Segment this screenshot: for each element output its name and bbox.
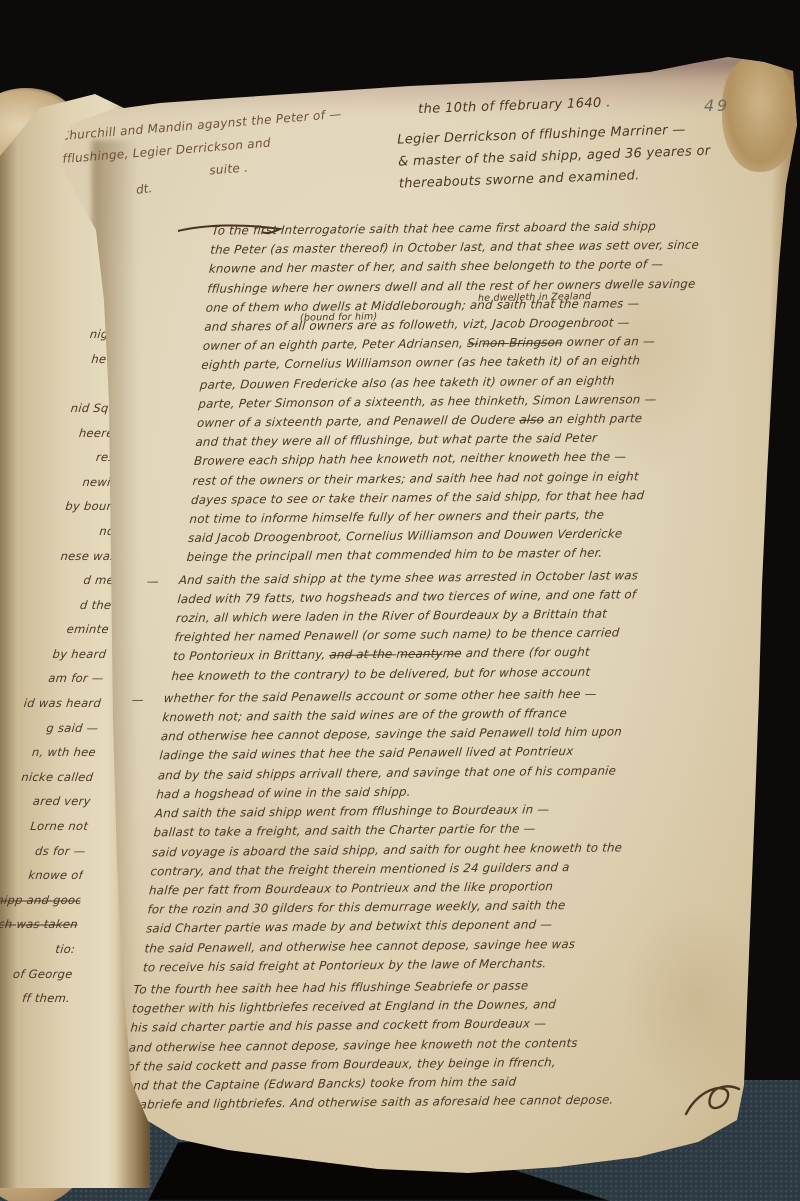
handwriting-fragment: am for — (0, 666, 105, 691)
handwriting-fragment: newise (9, 470, 126, 495)
paragraph-4: — To the fourth hee saith hee had his ff… (124, 974, 746, 1115)
deposition-body: To the first Interrogatorie saith that h… (144, 216, 800, 1118)
paragraph-dash: — (146, 572, 159, 591)
handwriting-fragment: id was heard (0, 691, 102, 716)
handwriting-fragment: knowe of (0, 863, 84, 888)
handwriting-fragment: Lorne not (0, 814, 89, 839)
handwriting-fragment: by bound (6, 494, 123, 519)
handwriting-fragment: d the (0, 593, 113, 618)
handwriting-fragment: g said — (0, 716, 100, 741)
handwriting-fragment: nese was (1, 544, 118, 569)
margin-case-note: Churchill and Mandin agaynst the Peter o… (60, 99, 394, 194)
interlinear-insertion: he dwelleth in Zealand (478, 291, 591, 304)
paragraph-1: To the first Interrogatorie saith that h… (186, 216, 800, 568)
handwriting-fragment: ared very (0, 789, 92, 814)
photograph-of-manuscript: { "photo": { "backdrop_color": "#0d0b09"… (0, 0, 800, 1201)
paragraph-dash: — (131, 690, 144, 709)
margin-abbreviation: dt. (135, 181, 153, 197)
handwriting-fragment: w̶h̶i̶c̶h̶ ̶w̶a̶s̶ ̶t̶a̶k̶e̶n̶ (0, 912, 79, 937)
handwriting-fragment: eminte (0, 617, 110, 642)
handwriting-fragment: ds for — (0, 839, 87, 864)
handwriting-fragment: d me (0, 568, 115, 593)
handwriting-fragment: nicke called (0, 765, 95, 790)
handwriting-fragment: of George (0, 962, 74, 987)
handwriting-fragment: by heard (0, 642, 108, 667)
interlinear-insertion: (bound for him) (300, 311, 378, 323)
closing-flourish-mark (682, 1076, 744, 1126)
paragraph-3: — whether for the said Penawells account… (142, 683, 768, 978)
damaged-corner-patch (722, 56, 798, 172)
deposition-heading: Legier Derrickson of fflushinge Marriner… (397, 118, 719, 195)
handwriting-fragment: n, wth hee (0, 740, 97, 765)
paragraph-2: — And saith the said shipp at the tyme s… (171, 564, 778, 686)
handwriting-fragment: ff them. (0, 986, 71, 1011)
handwriting-fragment: t̶h̶e̶ ̶s̶h̶i̶p̶p̶ ̶a̶n̶d̶ ̶g̶o̶o̶d̶s̶ (0, 888, 82, 913)
handwriting-fragment: tio: (0, 937, 77, 962)
handwriting-fragment: not (4, 519, 121, 544)
